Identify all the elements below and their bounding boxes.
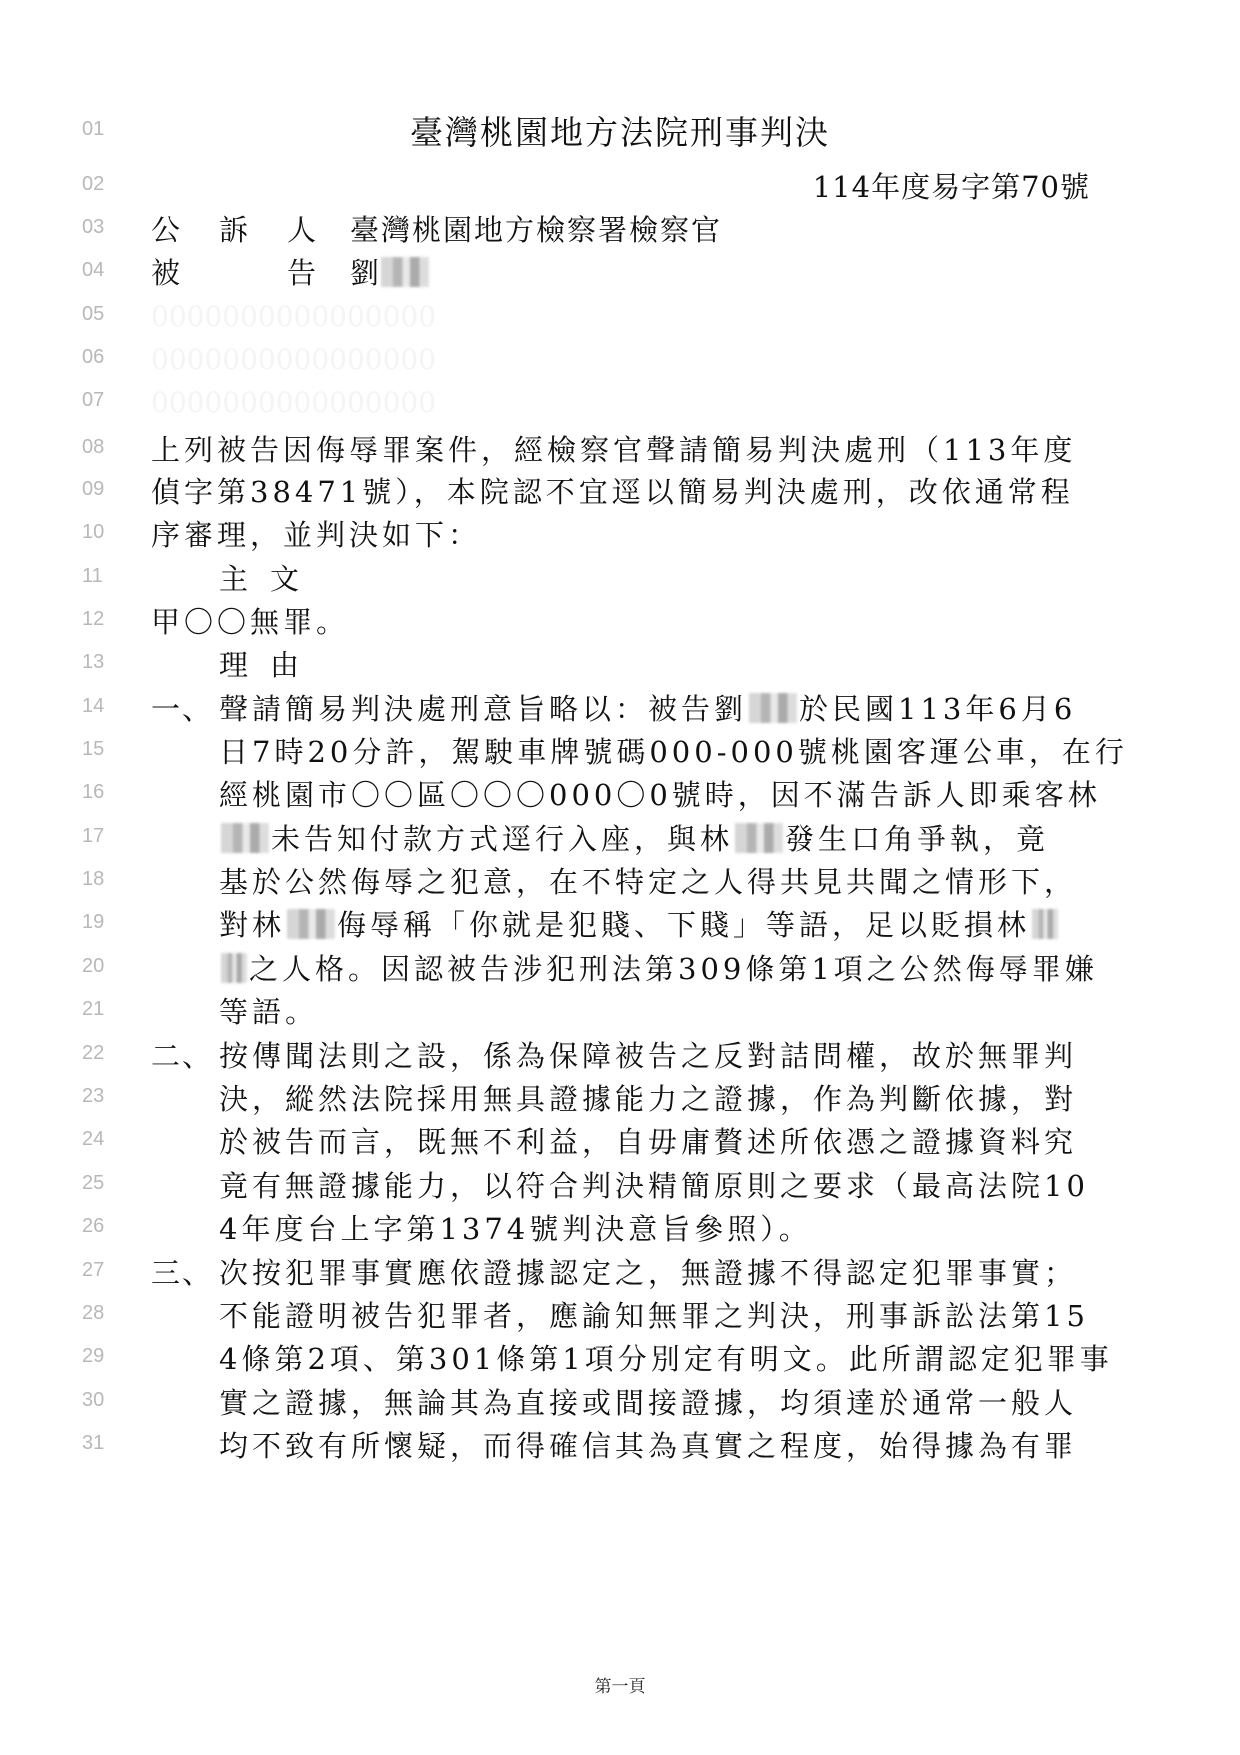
line-number: 31 bbox=[82, 1432, 122, 1455]
section-marker: 二、 bbox=[151, 1036, 213, 1076]
page-title: 臺灣桃園地方法院刑事判決 bbox=[0, 112, 1240, 154]
line-number: 08 bbox=[82, 436, 122, 459]
section-text: 等語。 bbox=[219, 992, 318, 1032]
document-line: 08上列被告因侮辱罪案件，經檢察官聲請簡易判決處刑（113年度 bbox=[0, 430, 1240, 470]
line-number: 27 bbox=[82, 1259, 122, 1282]
text-fragment: 未告知付款方式逕行入座，與林 bbox=[271, 822, 733, 856]
section-text: 4條第2項、第301條第1項分別定有明文。此所謂認定犯罪事 bbox=[219, 1339, 1113, 1379]
text-fragment: 於民國113年6月6 bbox=[799, 692, 1076, 726]
party-label-char: 人 bbox=[287, 210, 316, 250]
heading-main: 主文 bbox=[219, 559, 321, 599]
case-number: 114年度易字第70號 bbox=[813, 167, 1090, 207]
document-line: 19對林侮辱稱「你就是犯賤、下賤」等語，足以貶損林 bbox=[0, 905, 1240, 945]
document-line: 11主文 bbox=[0, 559, 1240, 599]
document-line: 10序審理，並判決如下： bbox=[0, 515, 1240, 555]
section-text: 實之證據，無論其為直接或間接證據，均須達於通常一般人 bbox=[219, 1383, 1077, 1423]
line-number: 07 bbox=[82, 389, 122, 412]
section-text: 4年度台上字第1374號判決意旨參照）。 bbox=[219, 1209, 812, 1249]
line-number: 02 bbox=[82, 173, 122, 196]
document-line: 30實之證據，無論其為直接或間接證據，均須達於通常一般人 bbox=[0, 1383, 1240, 1423]
text-fragment: 決，縱然法院採用無具證據能力之證據，作為判斷依據，對 bbox=[219, 1082, 1077, 1116]
prosecutor-name: 臺灣桃園地方檢察署檢察官 bbox=[350, 210, 722, 250]
line-number: 04 bbox=[82, 259, 122, 282]
document-line: 17未告知付款方式逕行入座，與林發生口角爭執，竟 bbox=[0, 819, 1240, 859]
line-number: 14 bbox=[82, 695, 122, 718]
defendant-name: 劉 bbox=[350, 253, 431, 293]
section-text: 之人格。因認被告涉犯刑法第309條第1項之公然侮辱罪嫌 bbox=[219, 949, 1098, 989]
line-number: 10 bbox=[82, 521, 122, 544]
text-fragment: 發生口角爭執，竟 bbox=[785, 822, 1049, 856]
section-text: 基於公然侮辱之犯意，在不特定之人得共見共聞之情形下， bbox=[219, 862, 1077, 902]
text-fragment: 按傳聞法則之設，係為保障被告之反對詰問權，故於無罪判 bbox=[219, 1039, 1077, 1073]
redacted-name bbox=[221, 953, 247, 983]
redacted-name bbox=[287, 909, 335, 939]
line-number: 09 bbox=[82, 478, 122, 501]
section-text: 決，縱然法院採用無具證據能力之證據，作為判斷依據，對 bbox=[219, 1079, 1077, 1119]
document-line: 14一、聲請簡易判決處刑意旨略以：被告劉於民國113年6月6 bbox=[0, 689, 1240, 729]
text-fragment: 4年度台上字第1374號判決意旨參照）。 bbox=[219, 1212, 812, 1246]
line-number: 24 bbox=[82, 1128, 122, 1151]
party-label-char: 訴 bbox=[219, 210, 248, 250]
text-fragment: 竟有無證據能力，以符合判決精簡原則之要求（最高法院10 bbox=[219, 1169, 1089, 1203]
text-fragment: 次按犯罪事實應依證據認定之，無證據不得認定犯罪事實； bbox=[219, 1256, 1077, 1290]
line-number: 19 bbox=[82, 911, 122, 934]
document-line: 15日7時20分許，駕駛車牌號碼000-000號桃園客運公車，在行 bbox=[0, 732, 1240, 772]
section-text: 竟有無證據能力，以符合判決精簡原則之要求（最高法院10 bbox=[219, 1166, 1089, 1206]
verdict-text: 甲〇〇無罪。 bbox=[151, 602, 349, 642]
intro-text: 上列被告因侮辱罪案件，經檢察官聲請簡易判決處刑（113年度 bbox=[151, 430, 1076, 470]
party-label-char: 公 bbox=[151, 210, 180, 250]
document-line: 16經桃園市〇〇區〇〇〇000〇0號時，因不滿告訴人即乘客林 bbox=[0, 775, 1240, 815]
section-text: 按傳聞法則之設，係為保障被告之反對詰問權，故於無罪判 bbox=[219, 1036, 1077, 1076]
party-label-char: 被 bbox=[151, 253, 180, 293]
intro-text: 偵字第38471號），本院認不宜逕以簡易判決處刑，改依通常程 bbox=[151, 472, 1074, 512]
document-line: 21等語。 bbox=[0, 992, 1240, 1032]
document-line: 03公訴人臺灣桃園地方檢察署檢察官 bbox=[0, 210, 1240, 250]
document-line: 18基於公然侮辱之犯意，在不特定之人得共見共聞之情形下， bbox=[0, 862, 1240, 902]
page-footer: 第一頁 bbox=[0, 1672, 1240, 1697]
line-number: 06 bbox=[82, 346, 122, 369]
text-fragment: 對林 bbox=[219, 908, 285, 942]
hidden-placeholder-text: 0000000000000000 bbox=[151, 297, 436, 337]
line-number: 13 bbox=[82, 651, 122, 674]
defendant-surname: 劉 bbox=[350, 256, 379, 290]
line-number: 17 bbox=[82, 825, 122, 848]
text-fragment: 等語。 bbox=[219, 995, 318, 1029]
line-number: 21 bbox=[82, 998, 122, 1021]
text-fragment: 不能證明被告犯罪者，應諭知無罪之判決，刑事訴訟法第15 bbox=[219, 1299, 1089, 1333]
line-number: 03 bbox=[82, 216, 122, 239]
document-line: 264年度台上字第1374號判決意旨參照）。 bbox=[0, 1209, 1240, 1249]
line-number: 22 bbox=[82, 1042, 122, 1065]
line-number: 11 bbox=[82, 565, 122, 588]
document-line: 25竟有無證據能力，以符合判決精簡原則之要求（最高法院10 bbox=[0, 1166, 1240, 1206]
section-text: 次按犯罪事實應依證據認定之，無證據不得認定犯罪事實； bbox=[219, 1253, 1077, 1293]
document-line: 28不能證明被告犯罪者，應諭知無罪之判決，刑事訴訟法第15 bbox=[0, 1296, 1240, 1336]
redacted-name bbox=[381, 257, 429, 287]
text-fragment: 均不致有所懷疑，而得確信其為真實之程度，始得據為有罪 bbox=[219, 1429, 1077, 1463]
document-line: 27三、次按犯罪事實應依證據認定之，無證據不得認定犯罪事實； bbox=[0, 1253, 1240, 1293]
section-marker: 三、 bbox=[151, 1253, 213, 1293]
document-line: 24於被告而言，既無不利益，自毋庸贅述所依憑之證據資料究 bbox=[0, 1122, 1240, 1162]
heading-reason: 理由 bbox=[219, 645, 321, 685]
redacted-name bbox=[749, 693, 797, 723]
redacted-name bbox=[1032, 909, 1058, 939]
redacted-name bbox=[735, 823, 783, 853]
document-line: 22二、按傳聞法則之設，係為保障被告之反對詰問權，故於無罪判 bbox=[0, 1036, 1240, 1076]
text-fragment: 日7時20分許，駕駛車牌號碼000-000號桃園客運公車，在行 bbox=[219, 735, 1128, 769]
redacted-name bbox=[221, 823, 269, 853]
line-number: 29 bbox=[82, 1345, 122, 1368]
document-line: 060000000000000000 bbox=[0, 340, 1240, 380]
line-number: 05 bbox=[82, 303, 122, 326]
section-text: 均不致有所懷疑，而得確信其為真實之程度，始得據為有罪 bbox=[219, 1426, 1077, 1466]
document-line: 050000000000000000 bbox=[0, 297, 1240, 337]
party-label-char: 告 bbox=[287, 253, 316, 293]
document-line: 31均不致有所懷疑，而得確信其為真實之程度，始得據為有罪 bbox=[0, 1426, 1240, 1466]
text-fragment: 於被告而言，既無不利益，自毋庸贅述所依憑之證據資料究 bbox=[219, 1125, 1077, 1159]
section-marker: 一、 bbox=[151, 689, 213, 729]
document-line: 01臺灣桃園地方法院刑事判決 bbox=[0, 112, 1240, 152]
text-fragment: 之人格。因認被告涉犯刑法第309條第1項之公然侮辱罪嫌 bbox=[249, 952, 1098, 986]
line-number: 23 bbox=[82, 1085, 122, 1108]
line-number: 15 bbox=[82, 738, 122, 761]
section-text: 經桃園市〇〇區〇〇〇000〇0號時，因不滿告訴人即乘客林 bbox=[219, 775, 1101, 815]
intro-text: 序審理，並判決如下： bbox=[151, 515, 481, 555]
document-line: 04被告劉 bbox=[0, 253, 1240, 293]
line-number: 28 bbox=[82, 1302, 122, 1325]
line-number: 30 bbox=[82, 1389, 122, 1412]
line-number: 25 bbox=[82, 1172, 122, 1195]
hidden-placeholder-text: 0000000000000000 bbox=[151, 383, 436, 423]
text-fragment: 侮辱稱「你就是犯賤、下賤」等語，足以貶損林 bbox=[337, 908, 1030, 942]
document-line: 12甲〇〇無罪。 bbox=[0, 602, 1240, 642]
line-number: 16 bbox=[82, 781, 122, 804]
section-text: 不能證明被告犯罪者，應諭知無罪之判決，刑事訴訟法第15 bbox=[219, 1296, 1089, 1336]
text-fragment: 4條第2項、第301條第1項分別定有明文。此所謂認定犯罪事 bbox=[219, 1342, 1113, 1376]
section-text: 未告知付款方式逕行入座，與林發生口角爭執，竟 bbox=[219, 819, 1049, 859]
line-number: 18 bbox=[82, 868, 122, 891]
line-number: 20 bbox=[82, 955, 122, 978]
hidden-placeholder-text: 0000000000000000 bbox=[151, 340, 436, 380]
text-fragment: 聲請簡易判決處刑意旨略以：被告劉 bbox=[219, 692, 747, 726]
document-line: 13理由 bbox=[0, 645, 1240, 685]
document-page: 01臺灣桃園地方法院刑事判決02114年度易字第70號03公訴人臺灣桃園地方檢察… bbox=[0, 0, 1240, 1755]
document-line: 23決，縱然法院採用無具證據能力之證據，作為判斷依據，對 bbox=[0, 1079, 1240, 1119]
text-fragment: 基於公然侮辱之犯意，在不特定之人得共見共聞之情形下， bbox=[219, 865, 1077, 899]
section-text: 聲請簡易判決處刑意旨略以：被告劉於民國113年6月6 bbox=[219, 689, 1076, 729]
text-fragment: 實之證據，無論其為直接或間接證據，均須達於通常一般人 bbox=[219, 1386, 1077, 1420]
document-line: 294條第2項、第301條第1項分別定有明文。此所謂認定犯罪事 bbox=[0, 1339, 1240, 1379]
section-text: 於被告而言，既無不利益，自毋庸贅述所依憑之證據資料究 bbox=[219, 1122, 1077, 1162]
section-text: 對林侮辱稱「你就是犯賤、下賤」等語，足以貶損林 bbox=[219, 905, 1060, 945]
document-line: 09偵字第38471號），本院認不宜逕以簡易判決處刑，改依通常程 bbox=[0, 472, 1240, 512]
document-line: 070000000000000000 bbox=[0, 383, 1240, 423]
document-line: 02114年度易字第70號 bbox=[0, 167, 1240, 207]
line-number: 12 bbox=[82, 608, 122, 631]
text-fragment: 經桃園市〇〇區〇〇〇000〇0號時，因不滿告訴人即乘客林 bbox=[219, 778, 1101, 812]
document-line: 20之人格。因認被告涉犯刑法第309條第1項之公然侮辱罪嫌 bbox=[0, 949, 1240, 989]
section-text: 日7時20分許，駕駛車牌號碼000-000號桃園客運公車，在行 bbox=[219, 732, 1128, 772]
line-number: 26 bbox=[82, 1215, 122, 1238]
